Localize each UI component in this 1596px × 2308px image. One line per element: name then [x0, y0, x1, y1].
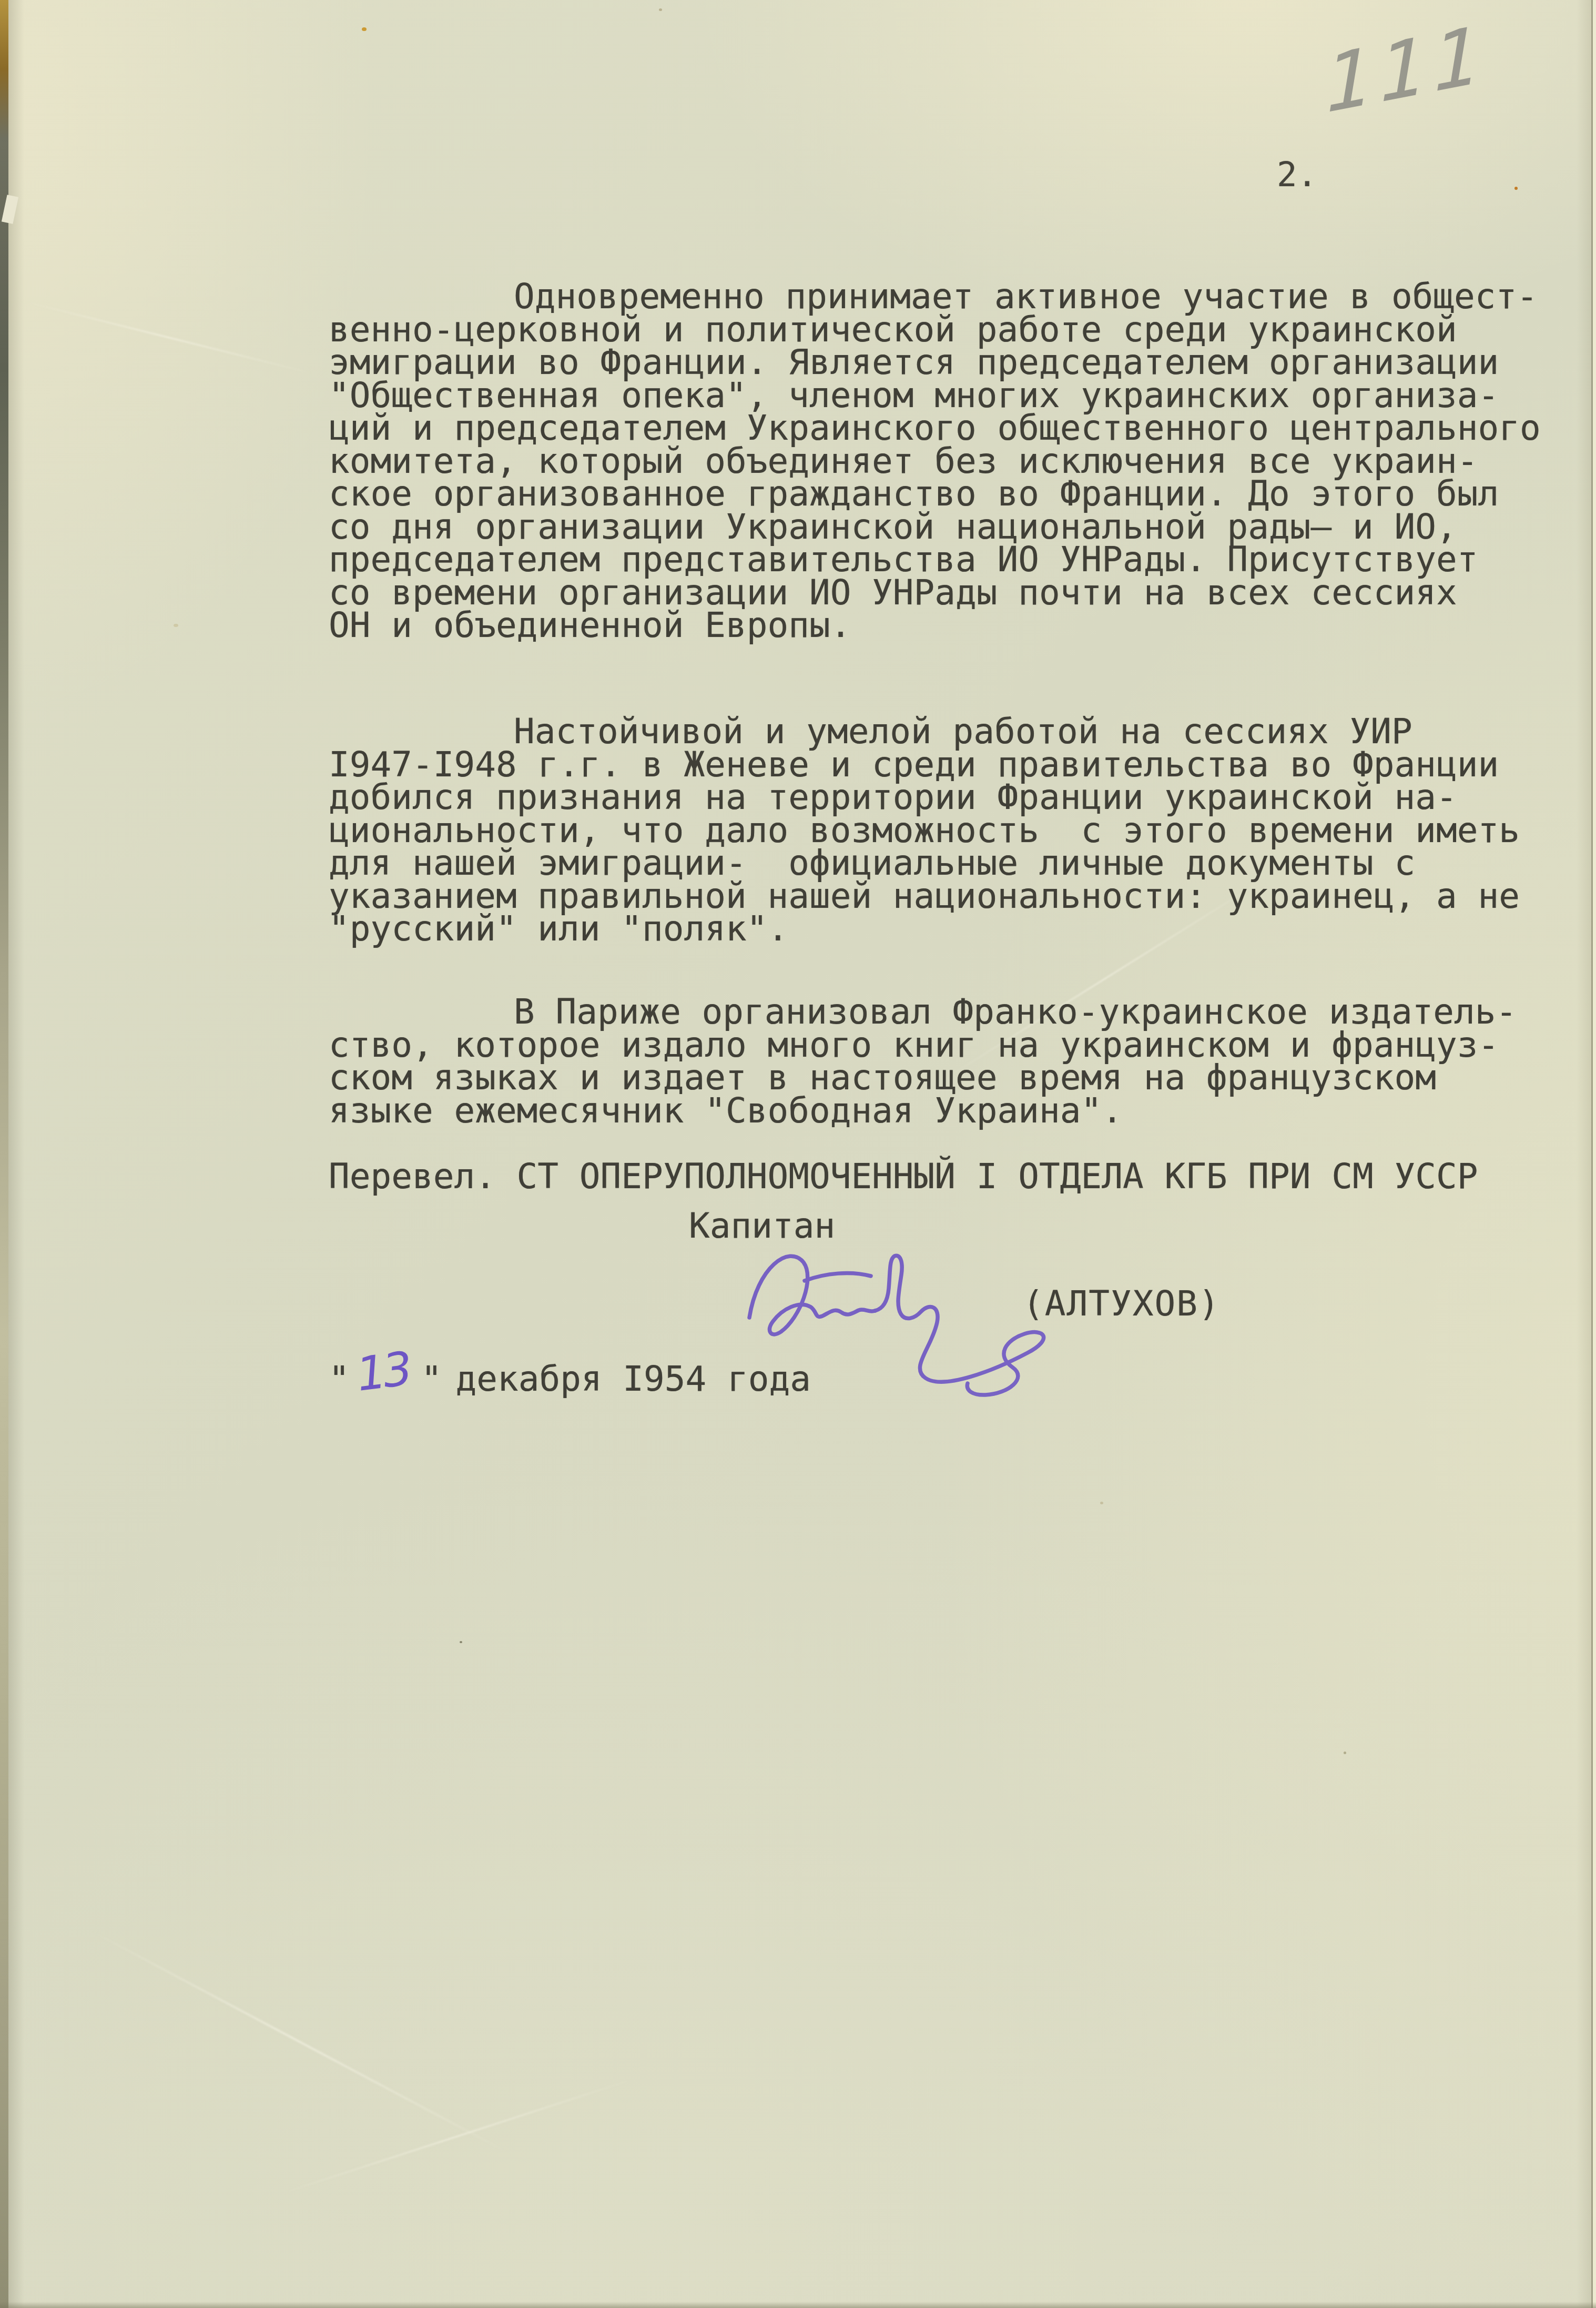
- paper-crease: [90, 1930, 510, 2154]
- paper-speck: [1100, 1502, 1103, 1504]
- translator-surname: (АЛТУХОВ): [1023, 1288, 1221, 1321]
- translator-line: Перевел. СТ ОПЕРУПОЛНОМОЧЕННЫЙ I ОТДЕЛА …: [329, 1160, 1478, 1193]
- paper-speck: [1344, 1752, 1346, 1754]
- paragraph-3: В Париже организовал Франко-украинское и…: [329, 996, 1596, 1127]
- paper-speck: [174, 624, 178, 627]
- paper-speck: [1514, 187, 1518, 190]
- paper-speck: [659, 8, 662, 11]
- page-bottom-edge: [0, 2302, 1596, 2308]
- paragraph-1: Одновременно принимает активное участие …: [329, 280, 1596, 642]
- scanned-document-page: 111 2. Одновременно принимает активное у…: [0, 0, 1596, 2308]
- handwritten-folio-number: 111: [1325, 8, 1488, 131]
- date-close-quote: ": [421, 1363, 442, 1396]
- left-edge-shadow: [8, 0, 24, 2308]
- paper-crease: [282, 2079, 633, 2194]
- date-open-quote: ": [329, 1363, 350, 1396]
- handwritten-day: 13: [355, 1352, 411, 1391]
- page-left-binding-edge: [0, 0, 8, 2308]
- date-line: " 13 " декабря I954 года: [329, 1359, 811, 1396]
- page-number: 2.: [1277, 156, 1317, 195]
- paper-speck: [362, 27, 367, 31]
- paragraph-2: Настойчивой и умелой работой на сессиях …: [329, 715, 1596, 946]
- paper-speck: [460, 1641, 462, 1643]
- paper-crease: [25, 301, 311, 373]
- date-text: декабря I954 года: [455, 1363, 811, 1396]
